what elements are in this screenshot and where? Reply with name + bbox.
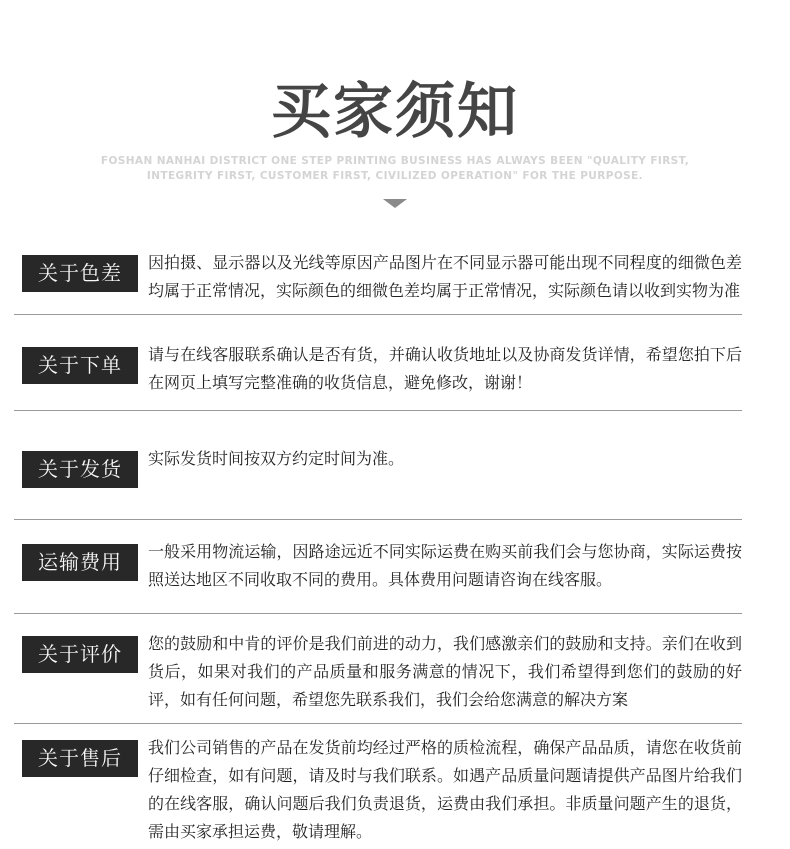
section-after-sales: 关于售后 我们公司销售的产品在发货前均经过严格的质检流程，确保产品品质，请您在收… [14, 724, 742, 846]
notice-sections: 关于色差 因拍摄、显示器以及光线等原因产品图片在不同显示器可能出现不同程度的细微… [14, 249, 742, 846]
section-label: 关于售后 [22, 740, 138, 777]
page-subtitle: FOSHAN NANHAI DISTRICT ONE STEP PRINTING… [0, 154, 790, 184]
header-arrow-wrap [0, 193, 790, 203]
section-freight-cost: 运输费用 一般采用物流运输，因路途远近不同实际运费在购买前我们会与您协商，实际运… [14, 520, 742, 614]
section-color-difference: 关于色差 因拍摄、显示器以及光线等原因产品图片在不同显示器可能出现不同程度的细微… [14, 249, 742, 315]
subtitle-line-1: FOSHAN NANHAI DISTRICT ONE STEP PRINTING… [0, 154, 790, 169]
section-label: 运输费用 [22, 544, 138, 581]
section-label: 关于下单 [22, 347, 138, 384]
section-label: 关于色差 [22, 255, 138, 292]
section-label: 关于评价 [22, 636, 138, 673]
section-text: 我们公司销售的产品在发货前均经过严格的质检流程，确保产品品质，请您在收货前仔细检… [148, 734, 742, 846]
section-ordering: 关于下单 请与在线客服联系确认是否有货，并确认收货地址以及协商发货详情，希望您拍… [14, 315, 742, 411]
subtitle-line-2: INTEGRITY FIRST, CUSTOMER FIRST, CIVILIZ… [0, 169, 790, 184]
page-header: 买家须知 FOSHAN NANHAI DISTRICT ONE STEP PRI… [0, 0, 790, 203]
section-text: 您的鼓励和中肯的评价是我们前进的动力，我们感激亲们的鼓励和支持。亲们在收到货后，… [148, 630, 742, 714]
section-label: 关于发货 [22, 451, 138, 488]
page-title: 买家须知 [0, 80, 790, 144]
section-reviews: 关于评价 您的鼓励和中肯的评价是我们前进的动力，我们感激亲们的鼓励和支持。亲们在… [14, 614, 742, 724]
section-text: 请与在线客服联系确认是否有货，并确认收货地址以及协商发货详情，希望您拍下后在网页… [148, 341, 742, 397]
buyer-notice-page: 买家须知 FOSHAN NANHAI DISTRICT ONE STEP PRI… [0, 0, 790, 849]
chevron-down-icon [383, 199, 407, 208]
section-shipping: 关于发货 实际发货时间按双方约定时间为准。 [14, 411, 742, 520]
section-text: 因拍摄、显示器以及光线等原因产品图片在不同显示器可能出现不同程度的细微色差均属于… [148, 249, 742, 305]
section-text: 一般采用物流运输，因路途远近不同实际运费在购买前我们会与您协商，实际运费按照送达… [148, 538, 742, 594]
section-text: 实际发货时间按双方约定时间为准。 [148, 445, 742, 473]
